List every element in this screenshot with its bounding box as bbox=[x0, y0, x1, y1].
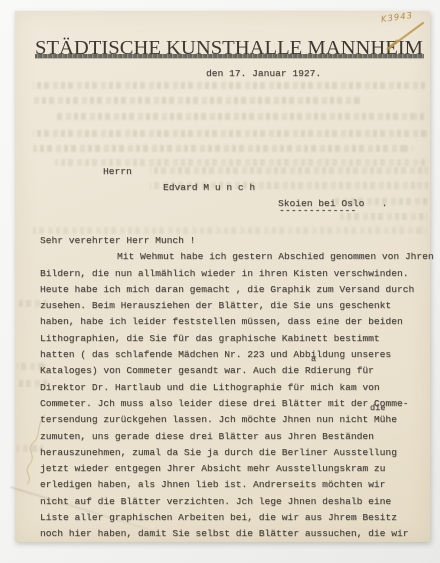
body-line: Heute habe ich mich daran gemacht , die … bbox=[40, 282, 432, 298]
letter-body: Sehr verehrter Herr Munch ! Mit Wehmut h… bbox=[40, 233, 432, 543]
bleedthrough-line bbox=[55, 113, 425, 120]
bleedthrough-line bbox=[33, 97, 363, 104]
body-line: Liste aller graphischen Arbeiten bei, di… bbox=[40, 510, 432, 526]
bleedthrough-line bbox=[150, 167, 428, 174]
recipient-name: Edvard M u n c h bbox=[163, 180, 255, 196]
scanned-letter-page: { "annotation": "K3943", "letterhead": {… bbox=[0, 0, 440, 563]
body-line: Mit Wehmut habe ich gestern Abschied gen… bbox=[40, 249, 432, 265]
typed-insertion-a: a bbox=[311, 354, 316, 364]
body-line: zusehen. Beim Herausziehen der Blätter, … bbox=[40, 298, 432, 314]
body-line: Lithographien, die Sie für das graphisch… bbox=[40, 331, 432, 347]
pen-stroke-icon bbox=[383, 17, 431, 53]
body-line: zumuten, uns gerade diese drei Blätter a… bbox=[40, 429, 432, 445]
body-line: Direktor Dr. Hartlaub und die Lithograph… bbox=[40, 380, 432, 396]
body-line: hatten ( das schlafende Mädchen Nr. 223 … bbox=[40, 347, 432, 363]
body-line: Bildern, die nun allmählich wieder in ih… bbox=[40, 266, 432, 282]
typed-insertion-die: die bbox=[370, 403, 385, 413]
recipient-address-underline: ------------- bbox=[279, 203, 356, 219]
body-line: jetzt wieder entgegen Jhrer Absicht mehr… bbox=[40, 461, 432, 477]
body-line: erledigen haben, als Jhnen lieb ist. And… bbox=[40, 477, 432, 493]
bleedthrough-line bbox=[33, 82, 425, 89]
body-line: nicht auf die Blätter verzichten. Jch le… bbox=[40, 494, 432, 510]
bleedthrough-line bbox=[33, 145, 413, 152]
body-line: noch hier haben, damit Sie selbst die Bl… bbox=[40, 526, 432, 542]
date-line: den 17. Januar 1927. bbox=[206, 66, 321, 82]
body-line: herauszunehmen, zumal da Sie ja durch di… bbox=[40, 445, 432, 461]
body-line: Kataloges) von Commeter gesandt war. Auc… bbox=[40, 363, 432, 379]
recipient-salutation: Herrn bbox=[103, 164, 132, 180]
body-line: Sehr verehrter Herr Munch ! bbox=[40, 233, 432, 249]
letterhead-rule bbox=[35, 54, 424, 58]
body-line: haben, habe ich leider feststellen müsse… bbox=[40, 314, 432, 330]
body-line: tersendung zurückgehen lassen. Jch möcht… bbox=[40, 412, 432, 428]
letter-paper: STÄDTISCHE KUNSTHALLE MANNHEIM K3943 den… bbox=[15, 11, 430, 542]
bleedthrough-line bbox=[33, 130, 427, 137]
